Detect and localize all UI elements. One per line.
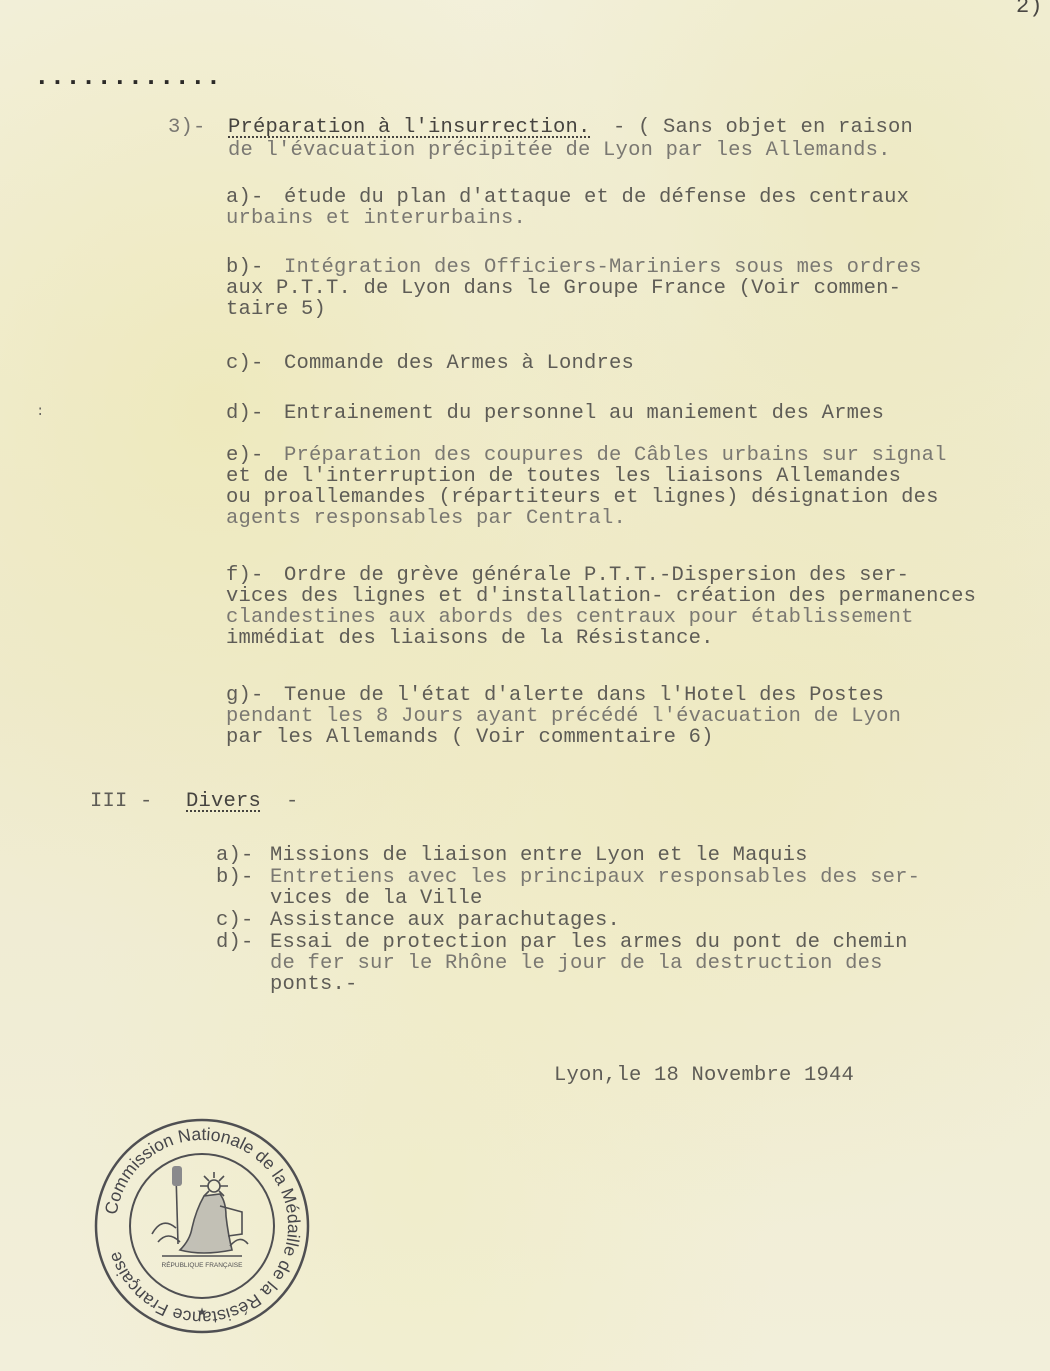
section-3-title-suffix: - ( Sans objet en raison bbox=[613, 118, 913, 138]
item-text-line: ou proallemandes (répartiteurs et lignes… bbox=[226, 488, 939, 508]
item-text-line: Essai de protection par les armes du pon… bbox=[270, 933, 908, 953]
section-3-number: 3)- bbox=[168, 118, 206, 138]
item-text-line: taire 5) bbox=[226, 300, 326, 320]
item-label: g)- bbox=[226, 686, 264, 706]
page-number: 2) bbox=[1016, 0, 1042, 19]
item-label: e)- bbox=[226, 446, 264, 466]
item-label: c)- bbox=[216, 911, 254, 931]
section-3-title: Préparation à l'insurrection. bbox=[228, 118, 591, 138]
item-text-line: immédiat des liaisons de la Résistance. bbox=[226, 629, 714, 649]
section-III-title-suffix: - bbox=[286, 792, 299, 812]
date-line: Lyon,le 18 Novembre 1944 bbox=[554, 1066, 854, 1086]
item-label: a)- bbox=[216, 846, 254, 866]
item-label: d)- bbox=[226, 404, 264, 424]
item-text-line: agents responsables par Central. bbox=[226, 509, 626, 529]
item-text-line: Commande des Armes à Londres bbox=[284, 354, 634, 374]
item-text-line: Entretiens avec les principaux responsab… bbox=[270, 868, 920, 888]
item-text-line: Missions de liaison entre Lyon et le Maq… bbox=[270, 846, 808, 866]
item-text-line: Tenue de l'état d'alerte dans l'Hotel de… bbox=[284, 686, 884, 706]
seal-star-icon: ★ bbox=[197, 1305, 208, 1319]
item-text-line: Ordre de grève générale P.T.T.-Dispersio… bbox=[284, 566, 909, 586]
item-label: c)- bbox=[226, 354, 264, 374]
item-text-line: Intégration des Officiers-Mariniers sous… bbox=[284, 258, 922, 278]
item-text-line: vices des lignes et d'installation- créa… bbox=[226, 587, 976, 607]
item-text-line: ponts.- bbox=[270, 975, 358, 995]
item-label: a)- bbox=[226, 188, 264, 208]
item-text-line: de fer sur le Rhône le jour de la destru… bbox=[270, 954, 883, 974]
section-III-number: III - bbox=[90, 792, 153, 812]
item-text-line: étude du plan d'attaque et de défense de… bbox=[284, 188, 909, 208]
item-label: f)- bbox=[226, 566, 264, 586]
item-text-line: aux P.T.T. de Lyon dans le Groupe France… bbox=[226, 279, 901, 299]
item-text-line: Assistance aux parachutages. bbox=[270, 911, 620, 931]
continuation-dots: ............ bbox=[34, 62, 221, 92]
item-label: d)- bbox=[216, 933, 254, 953]
item-label: b)- bbox=[216, 868, 254, 888]
item-label: b)- bbox=[226, 258, 264, 278]
item-text-line: clandestines aux abords des centraux pou… bbox=[226, 608, 914, 628]
item-text-line: Préparation des coupures de Câbles urbai… bbox=[284, 446, 947, 466]
item-text-line: et de l'interruption de toutes les liais… bbox=[226, 467, 901, 487]
item-text-line: urbains et interurbains. bbox=[226, 209, 526, 229]
marianne-figure-icon bbox=[152, 1166, 248, 1256]
item-text-line: Entrainement du personnel au maniement d… bbox=[284, 404, 884, 424]
resistance-medal-seal-stamp: Commission Nationale de la Médaille de l… bbox=[92, 1116, 312, 1336]
section-III-title: Divers bbox=[186, 792, 261, 812]
margin-mark: : bbox=[36, 404, 44, 420]
item-text-line: pendant les 8 Jours ayant précédé l'évac… bbox=[226, 707, 901, 727]
item-text-line: vices de la Ville bbox=[270, 889, 483, 909]
item-text-line: par les Allemands ( Voir commentaire 6) bbox=[226, 728, 714, 748]
seal-inner-text: RÉPUBLIQUE FRANÇAISE bbox=[162, 1260, 244, 1269]
section-3-subtitle: de l'évacuation précipitée de Lyon par l… bbox=[228, 141, 891, 161]
